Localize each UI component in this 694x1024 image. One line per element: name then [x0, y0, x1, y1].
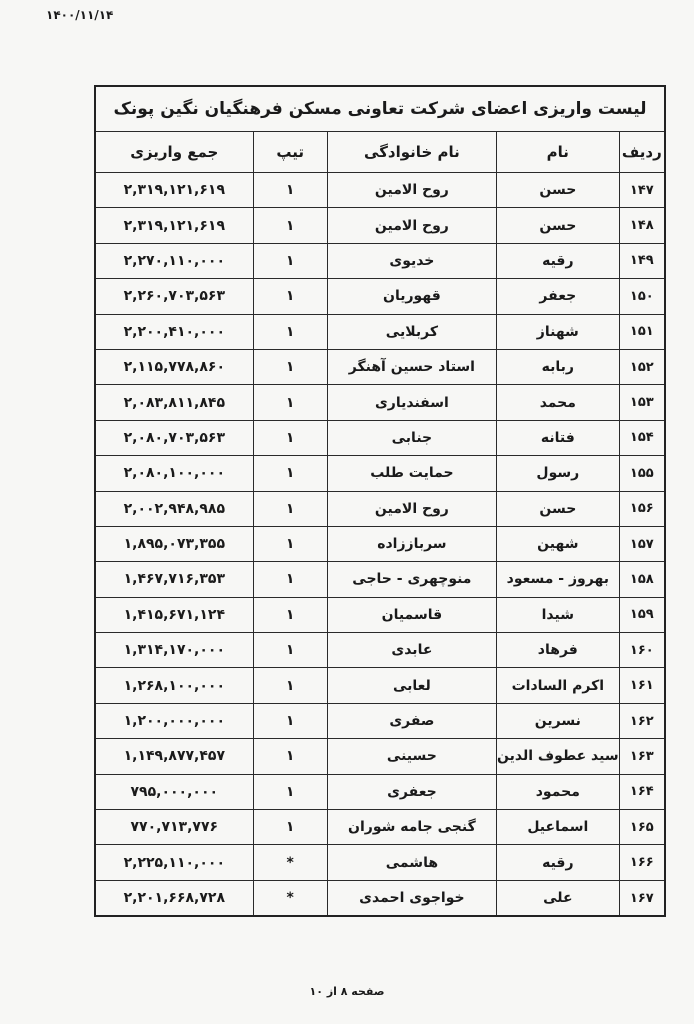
row-amount: ۲,۲۰۱,۶۶۸,۷۲۸: [95, 880, 253, 916]
header-name: نام: [497, 132, 620, 173]
row-last-name: خواجوی احمدی: [327, 880, 496, 916]
row-index: ۱۶۰: [619, 633, 665, 668]
row-type: ۱: [253, 208, 327, 243]
row-last-name: قاسمیان: [327, 597, 496, 632]
row-first-name: فرهاد: [497, 633, 620, 668]
row-first-name: اسماعیل: [497, 810, 620, 845]
row-index: ۱۶۲: [619, 703, 665, 738]
row-amount: ۷۷۰,۷۱۳,۷۷۶: [95, 810, 253, 845]
row-index: ۱۵۹: [619, 597, 665, 632]
table-row: ۱۴۸حسنروح الامین۱۲,۳۱۹,۱۲۱,۶۱۹: [95, 208, 665, 243]
row-last-name: استاد حسین آهنگر: [327, 349, 496, 384]
row-index: ۱۶۶: [619, 845, 665, 880]
row-first-name: علی: [497, 880, 620, 916]
row-type: ۱: [253, 491, 327, 526]
row-type: *: [253, 845, 327, 880]
row-first-name: رقیه: [497, 243, 620, 278]
table-row: ۱۶۳سید عطوف الدینحسینی۱۱,۱۴۹,۸۷۷,۴۵۷: [95, 739, 665, 774]
row-first-name: بهروز - مسعود: [497, 562, 620, 597]
row-first-name: فتانه: [497, 420, 620, 455]
row-last-name: کربلایی: [327, 314, 496, 349]
row-first-name: رسول: [497, 456, 620, 491]
row-last-name: سرباززاده: [327, 526, 496, 561]
table-row: ۱۴۷حسنروح الامین۱۲,۳۱۹,۱۲۱,۶۱۹: [95, 173, 665, 208]
row-index: ۱۶۴: [619, 774, 665, 809]
row-first-name: محمود: [497, 774, 620, 809]
row-first-name: نسرین: [497, 703, 620, 738]
row-type: ۱: [253, 349, 327, 384]
row-last-name: منوچهری - حاجی: [327, 562, 496, 597]
row-type: ۱: [253, 456, 327, 491]
row-first-name: حسن: [497, 491, 620, 526]
table-row: ۱۶۱اکرم الساداتلعابی۱۱,۲۶۸,۱۰۰,۰۰۰: [95, 668, 665, 703]
table-row: ۱۵۵رسولحمایت طلب۱۲,۰۸۰,۱۰۰,۰۰۰: [95, 456, 665, 491]
table-row: ۱۵۳محمداسفندیاری۱۲,۰۸۳,۸۱۱,۸۴۵: [95, 385, 665, 420]
row-amount: ۲,۲۷۰,۱۱۰,۰۰۰: [95, 243, 253, 278]
row-amount: ۱,۲۶۸,۱۰۰,۰۰۰: [95, 668, 253, 703]
table-row: ۱۴۹رقیهخدیوی۱۲,۲۷۰,۱۱۰,۰۰۰: [95, 243, 665, 278]
document-date: ۱۴۰۰/۱۱/۱۴: [46, 8, 113, 22]
row-index: ۱۶۱: [619, 668, 665, 703]
row-last-name: صفری: [327, 703, 496, 738]
row-type: ۱: [253, 597, 327, 632]
row-amount: ۲,۰۸۰,۱۰۰,۰۰۰: [95, 456, 253, 491]
row-index: ۱۵۴: [619, 420, 665, 455]
table-row: ۱۵۱شهنازکربلایی۱۲,۲۰۰,۴۱۰,۰۰۰: [95, 314, 665, 349]
row-amount: ۷۹۵,۰۰۰,۰۰۰: [95, 774, 253, 809]
row-last-name: جعفری: [327, 774, 496, 809]
row-index: ۱۴۹: [619, 243, 665, 278]
row-first-name: سید عطوف الدین: [497, 739, 620, 774]
row-amount: ۲,۰۸۳,۸۱۱,۸۴۵: [95, 385, 253, 420]
row-type: ۱: [253, 385, 327, 420]
row-type: ۱: [253, 243, 327, 278]
row-index: ۱۶۳: [619, 739, 665, 774]
row-amount: ۱,۴۶۷,۷۱۶,۳۵۳: [95, 562, 253, 597]
row-type: ۱: [253, 279, 327, 314]
row-last-name: جنابی: [327, 420, 496, 455]
row-amount: ۱,۴۱۵,۶۷۱,۱۲۴: [95, 597, 253, 632]
row-amount: ۲,۲۲۵,۱۱۰,۰۰۰: [95, 845, 253, 880]
row-amount: ۱,۳۱۴,۱۷۰,۰۰۰: [95, 633, 253, 668]
row-amount: ۲,۳۱۹,۱۲۱,۶۱۹: [95, 208, 253, 243]
row-first-name: محمد: [497, 385, 620, 420]
row-amount: ۲,۳۱۹,۱۲۱,۶۱۹: [95, 173, 253, 208]
header-type: تیپ: [253, 132, 327, 173]
row-index: ۱۵۳: [619, 385, 665, 420]
row-last-name: هاشمی: [327, 845, 496, 880]
row-first-name: حسن: [497, 208, 620, 243]
row-index: ۱۵۵: [619, 456, 665, 491]
row-last-name: حمایت طلب: [327, 456, 496, 491]
row-type: ۱: [253, 703, 327, 738]
table-title: لیست واریزی اعضای شرکت تعاونی مسکن فرهنگ…: [95, 86, 665, 132]
row-amount: ۲,۱۱۵,۷۷۸,۸۶۰: [95, 349, 253, 384]
row-amount: ۲,۰۸۰,۷۰۳,۵۶۳: [95, 420, 253, 455]
row-index: ۱۶۷: [619, 880, 665, 916]
row-first-name: جعفر: [497, 279, 620, 314]
row-type: ۱: [253, 314, 327, 349]
row-amount: ۱,۸۹۵,۰۷۳,۳۵۵: [95, 526, 253, 561]
row-last-name: حسینی: [327, 739, 496, 774]
row-index: ۱۵۰: [619, 279, 665, 314]
table-row: ۱۵۷شهینسرباززاده۱۱,۸۹۵,۰۷۳,۳۵۵: [95, 526, 665, 561]
row-type: ۱: [253, 562, 327, 597]
row-last-name: روح الامین: [327, 173, 496, 208]
row-index: ۱۴۷: [619, 173, 665, 208]
row-type: ۱: [253, 810, 327, 845]
row-first-name: حسن: [497, 173, 620, 208]
row-first-name: اکرم السادات: [497, 668, 620, 703]
row-index: ۱۵۸: [619, 562, 665, 597]
row-index: ۱۵۲: [619, 349, 665, 384]
row-type: ۱: [253, 420, 327, 455]
table-header-row: ردیف نام نام خانوادگی تیپ جمع واریزی: [95, 132, 665, 173]
row-amount: ۱,۱۴۹,۸۷۷,۴۵۷: [95, 739, 253, 774]
row-amount: ۲,۰۰۲,۹۴۸,۹۸۵: [95, 491, 253, 526]
table-title-row: لیست واریزی اعضای شرکت تعاونی مسکن فرهنگ…: [95, 86, 665, 132]
row-first-name: شیدا: [497, 597, 620, 632]
row-last-name: گنجی جامه شوران: [327, 810, 496, 845]
row-last-name: روح الامین: [327, 208, 496, 243]
header-index: ردیف: [619, 132, 665, 173]
row-index: ۱۵۷: [619, 526, 665, 561]
row-amount: ۲,۲۰۰,۴۱۰,۰۰۰: [95, 314, 253, 349]
table-row: ۱۵۰جعفرقهوریان۱۲,۲۶۰,۷۰۳,۵۶۳: [95, 279, 665, 314]
row-type: ۱: [253, 668, 327, 703]
payments-table: لیست واریزی اعضای شرکت تعاونی مسکن فرهنگ…: [94, 85, 666, 917]
row-type: *: [253, 880, 327, 916]
row-index: ۱۵۶: [619, 491, 665, 526]
table-row: ۱۶۰فرهادعابدی۱۱,۳۱۴,۱۷۰,۰۰۰: [95, 633, 665, 668]
table-body: ۱۴۷حسنروح الامین۱۲,۳۱۹,۱۲۱,۶۱۹۱۴۸حسنروح …: [95, 173, 665, 917]
row-first-name: شهین: [497, 526, 620, 561]
page-number: صفحه ۸ از ۱۰: [0, 985, 694, 998]
table-row: ۱۶۶رقیههاشمی*۲,۲۲۵,۱۱۰,۰۰۰: [95, 845, 665, 880]
row-type: ۱: [253, 739, 327, 774]
row-first-name: رقیه: [497, 845, 620, 880]
table-row: ۱۵۲ربابهاستاد حسین آهنگر۱۲,۱۱۵,۷۷۸,۸۶۰: [95, 349, 665, 384]
row-type: ۱: [253, 526, 327, 561]
header-family: نام خانوادگی: [327, 132, 496, 173]
table-row: ۱۵۴فتانهجنابی۱۲,۰۸۰,۷۰۳,۵۶۳: [95, 420, 665, 455]
row-index: ۱۵۱: [619, 314, 665, 349]
row-last-name: خدیوی: [327, 243, 496, 278]
table-row: ۱۵۸بهروز - مسعودمنوچهری - حاجی۱۱,۴۶۷,۷۱۶…: [95, 562, 665, 597]
row-last-name: لعابی: [327, 668, 496, 703]
table-row: ۱۵۶حسنروح الامین۱۲,۰۰۲,۹۴۸,۹۸۵: [95, 491, 665, 526]
row-first-name: ربابه: [497, 349, 620, 384]
row-index: ۱۶۵: [619, 810, 665, 845]
row-amount: ۱,۲۰۰,۰۰۰,۰۰۰: [95, 703, 253, 738]
header-amount: جمع واریزی: [95, 132, 253, 173]
table-row: ۱۶۴محمودجعفری۱۷۹۵,۰۰۰,۰۰۰: [95, 774, 665, 809]
row-amount: ۲,۲۶۰,۷۰۳,۵۶۳: [95, 279, 253, 314]
table-row: ۱۵۹شیداقاسمیان۱۱,۴۱۵,۶۷۱,۱۲۴: [95, 597, 665, 632]
row-type: ۱: [253, 633, 327, 668]
table-row: ۱۶۷علیخواجوی احمدی*۲,۲۰۱,۶۶۸,۷۲۸: [95, 880, 665, 916]
row-last-name: روح الامین: [327, 491, 496, 526]
table-row: ۱۶۵اسماعیلگنجی جامه شوران۱۷۷۰,۷۱۳,۷۷۶: [95, 810, 665, 845]
row-type: ۱: [253, 774, 327, 809]
row-index: ۱۴۸: [619, 208, 665, 243]
table-row: ۱۶۲نسرینصفری۱۱,۲۰۰,۰۰۰,۰۰۰: [95, 703, 665, 738]
row-first-name: شهناز: [497, 314, 620, 349]
row-last-name: اسفندیاری: [327, 385, 496, 420]
row-type: ۱: [253, 173, 327, 208]
row-last-name: عابدی: [327, 633, 496, 668]
row-last-name: قهوریان: [327, 279, 496, 314]
